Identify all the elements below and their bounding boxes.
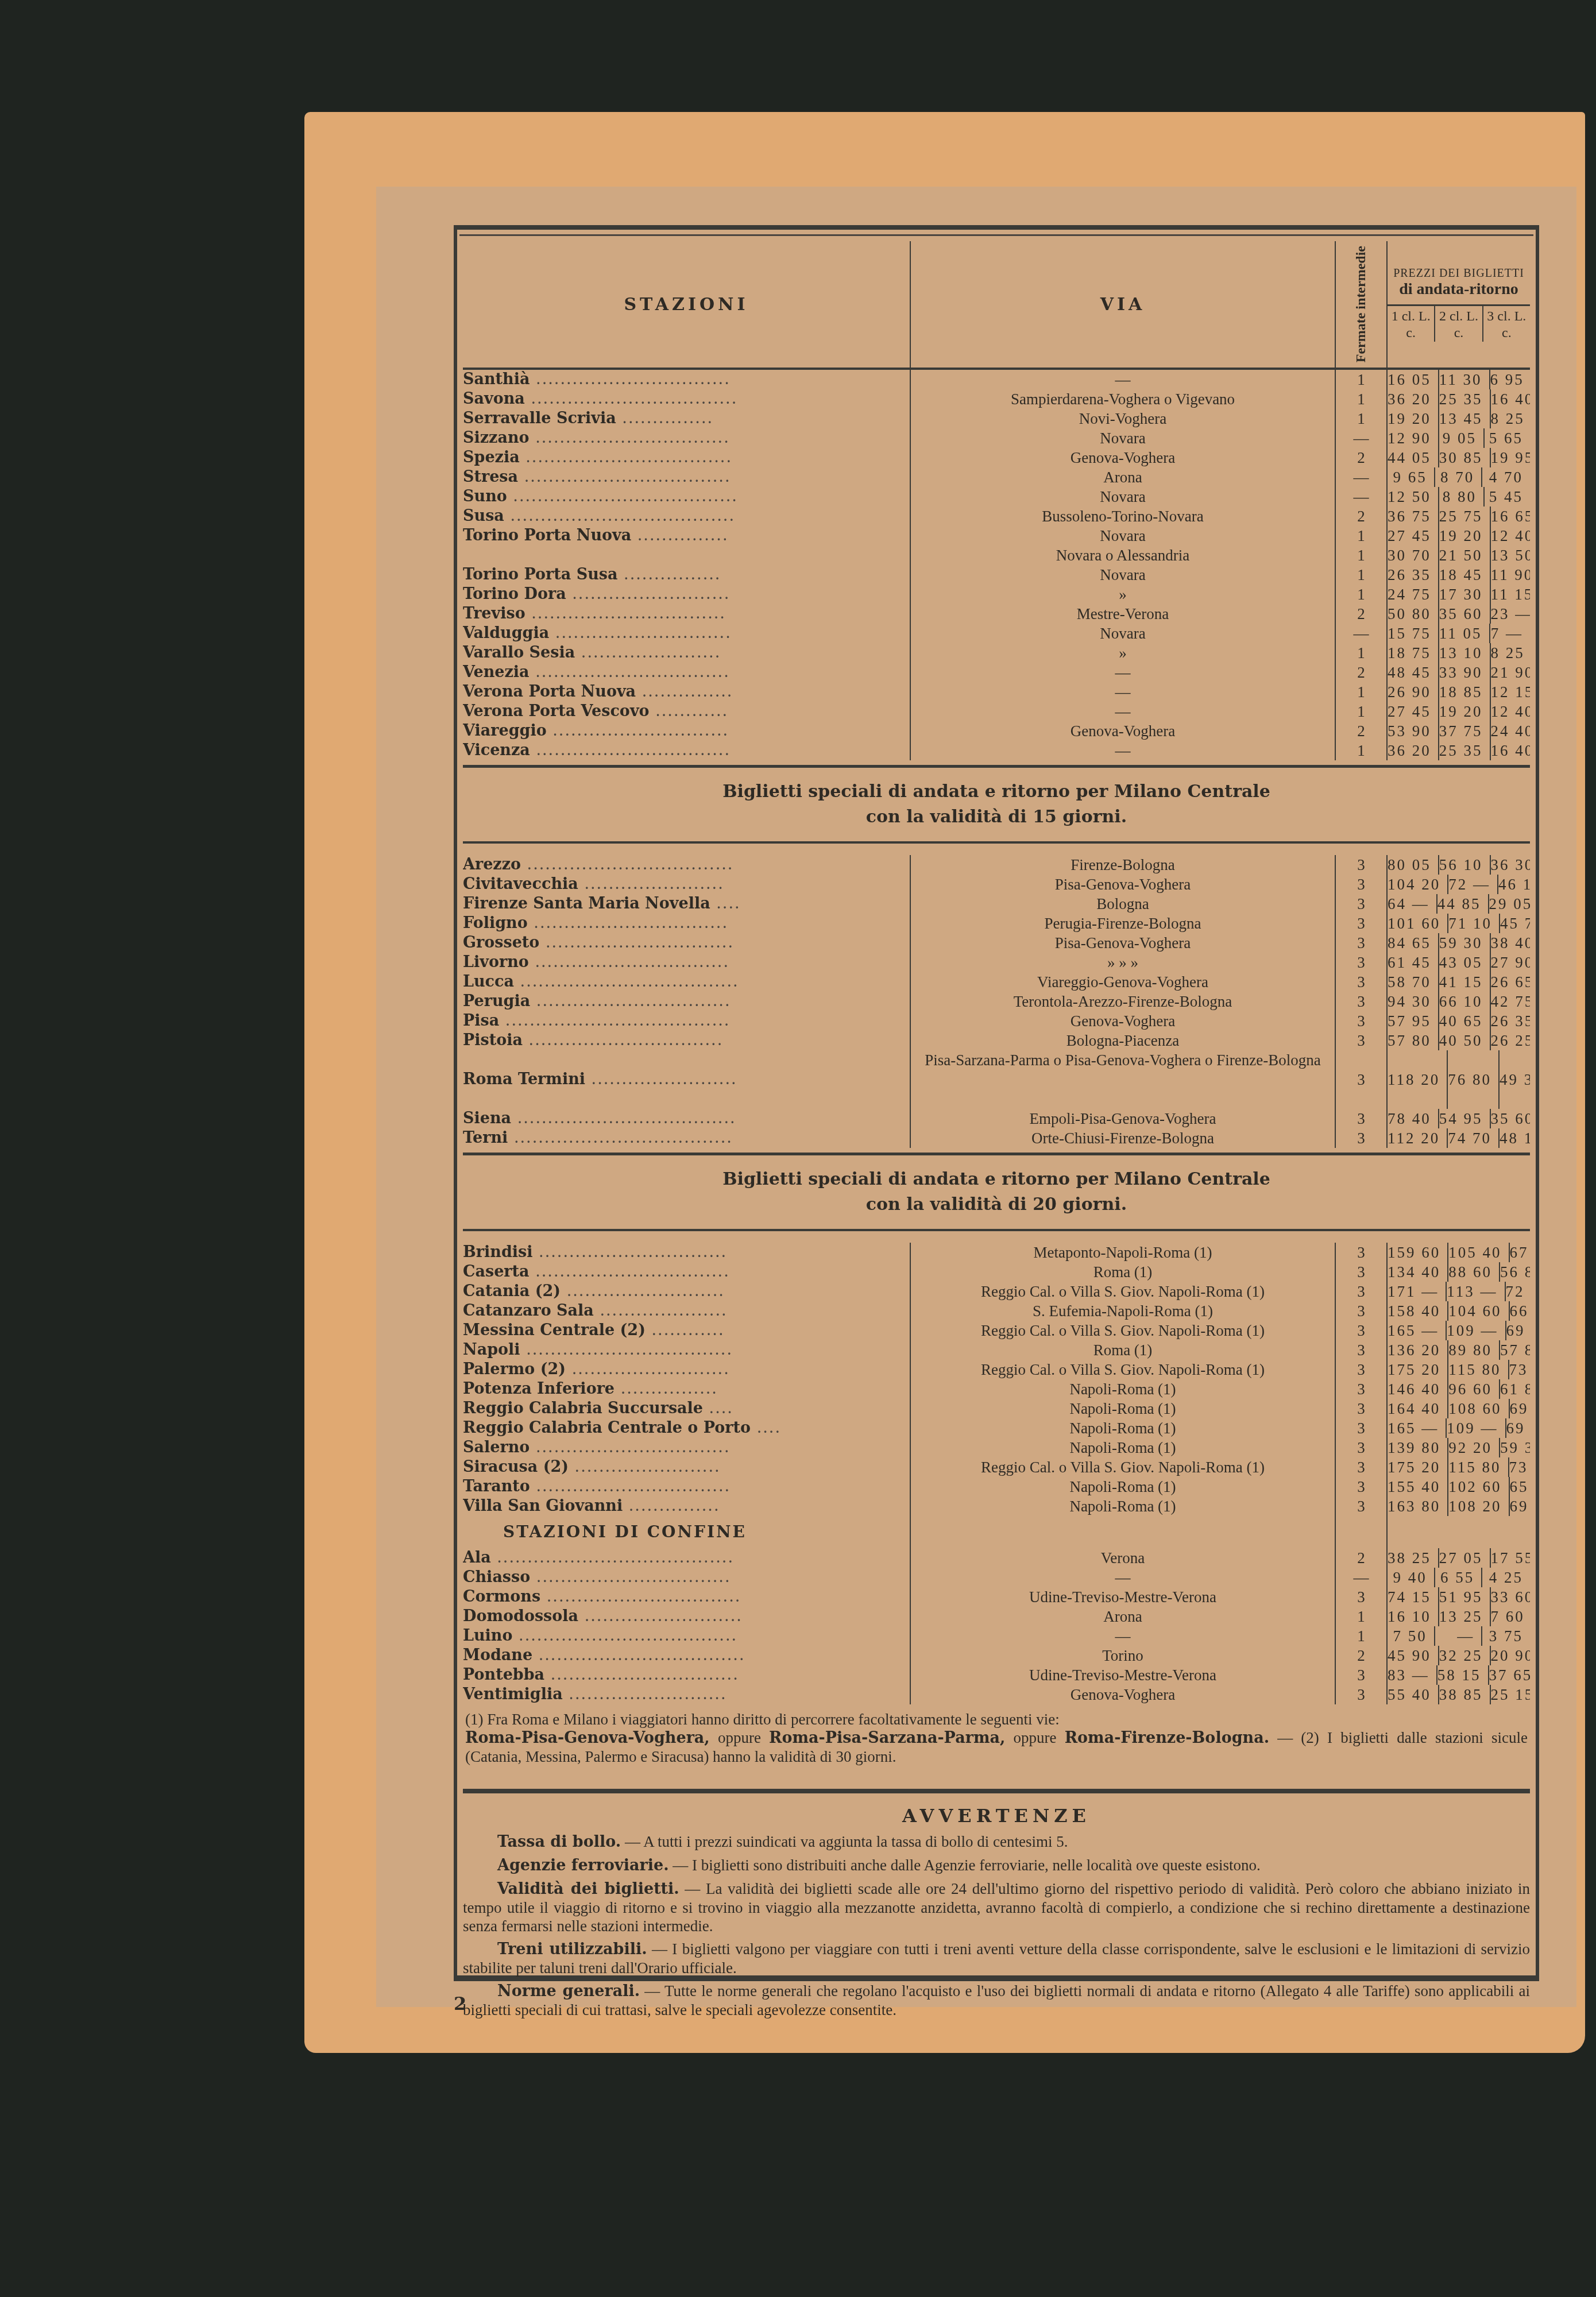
price-class-3: 48 10 — [1500, 1128, 1530, 1148]
price-class-1: 165 — — [1388, 1321, 1447, 1340]
price-class-2: 30 85 — [1439, 448, 1491, 467]
header-prezzi-top: PREZZI DEI BIGLIETTI — [1393, 267, 1524, 280]
station-name: Vicenza ................................ — [463, 741, 911, 760]
price-group: 64 —44 8529 05 — [1388, 894, 1530, 914]
station-name: Luino ..................................… — [463, 1626, 911, 1646]
avvertenza-item: Norme generali. — Tutte le norme general… — [463, 1982, 1530, 2019]
station-name: Torino Dora .......................... — [463, 585, 911, 604]
price-group: 24 7517 3011 15 — [1388, 585, 1530, 604]
price-group: 146 4096 6061 80 — [1388, 1379, 1530, 1399]
intermediate-stops: 3 — [1336, 1438, 1388, 1457]
price-class-3: 17 55 — [1491, 1548, 1531, 1568]
class-1-header: 1 cl. L. c. — [1388, 306, 1435, 342]
leader-dots: ............................... — [539, 934, 734, 952]
price-class-2: 92 20 — [1448, 1438, 1500, 1457]
via-route: Novara o Alessandria — [911, 546, 1336, 565]
price-group: 164 40108 6069 30 — [1388, 1399, 1530, 1418]
price-class-2: 43 05 — [1439, 953, 1491, 972]
intermediate-stops: 1 — [1336, 565, 1388, 585]
price-class-3: 72 30 — [1506, 1282, 1531, 1301]
price-class-1: 57 95 — [1388, 1011, 1439, 1031]
header-stazioni: STAZIONI — [463, 241, 911, 368]
intermediate-stops: 2 — [1336, 448, 1388, 467]
price-class-2: 54 95 — [1439, 1109, 1491, 1128]
price-class-2: 74 70 — [1448, 1128, 1500, 1148]
station-label: Torino Porta Nuova — [463, 527, 631, 544]
price-class-1: 58 70 — [1388, 972, 1439, 992]
via-route: Roma (1) — [911, 1262, 1336, 1282]
price-class-2: 72 — — [1448, 875, 1498, 894]
price-group: 9 406 554 25 — [1388, 1568, 1530, 1587]
intermediate-stops: 3 — [1336, 933, 1388, 953]
price-group: 9 658 704 70 — [1388, 467, 1530, 487]
price-class-1: 38 25 — [1388, 1548, 1439, 1568]
price-class-3: 61 80 — [1500, 1379, 1530, 1399]
via-route: Roma (1) — [911, 1340, 1336, 1360]
price-class-2: 6 55 — [1435, 1568, 1483, 1587]
price-group: 58 7041 1526 65 — [1388, 972, 1530, 992]
station-name: Siracusa (2) ........................ — [463, 1457, 911, 1477]
header-prezzi: PREZZI DEI BIGLIETTI di andata-ritorno 1… — [1388, 241, 1530, 368]
leader-dots: ................................ — [525, 605, 726, 622]
intermediate-stops: 1 — [1336, 409, 1388, 428]
via-route: Novara — [911, 624, 1336, 643]
price-class-3: 16 40 — [1491, 389, 1531, 409]
intermediate-stops: 2 — [1336, 1548, 1388, 1568]
intermediate-stops: 3 — [1336, 1399, 1388, 1418]
price-group: 36 2025 3516 40 — [1388, 389, 1530, 409]
price-group: 136 2089 8057 80 — [1388, 1340, 1530, 1360]
price-class-1: 112 20 — [1388, 1128, 1448, 1148]
price-class-2: 27 05 — [1439, 1548, 1491, 1568]
price-class-2: 108 20 — [1448, 1496, 1509, 1516]
station-name: Roma Termini ........................ — [463, 1050, 911, 1109]
price-group: 7 50—3 75 — [1388, 1626, 1530, 1646]
price-class-1: 101 60 — [1388, 914, 1448, 933]
intermediate-stops: 3 — [1336, 914, 1388, 933]
station-name: Suno ...................................… — [463, 487, 911, 506]
via-route: Udine-Treviso-Mestre-Verona — [911, 1665, 1336, 1685]
price-class-3: 6 95 — [1490, 370, 1531, 389]
price-class-1: 159 60 — [1388, 1243, 1448, 1262]
price-class-2: 25 35 — [1439, 389, 1491, 409]
station-label: Pisa — [463, 1012, 499, 1030]
via-route: Pisa-Genova-Voghera — [911, 933, 1336, 953]
price-class-3: 37 65 — [1489, 1665, 1531, 1685]
page-number: 2 — [454, 1993, 466, 2014]
intermediate-stops: 3 — [1336, 1360, 1388, 1379]
leader-dots: ............... — [636, 683, 733, 701]
price-class-3: 11 15 — [1491, 585, 1531, 604]
price-class-3: 56 80 — [1500, 1262, 1530, 1282]
station-name: Viareggio ............................. — [463, 721, 911, 741]
station-name — [463, 546, 911, 565]
leader-dots: ................................ — [528, 914, 728, 932]
price-class-2: 88 60 — [1448, 1262, 1500, 1282]
price-class-3: 25 15 — [1491, 1685, 1531, 1704]
leader-dots: ............... — [623, 1497, 720, 1515]
station-name: Savona .................................… — [463, 389, 911, 409]
price-class-2: 13 45 — [1439, 409, 1491, 428]
station-name: Foligno ................................ — [463, 914, 911, 933]
intermediate-stops: 2 — [1336, 604, 1388, 624]
section-15-title-line2: con la validità di 15 giorni. — [463, 805, 1530, 830]
price-group: 16 0511 306 95 — [1388, 370, 1530, 389]
price-class-1: 61 45 — [1388, 953, 1439, 972]
price-class-3: 49 30 — [1500, 1050, 1530, 1109]
price-class-3: 3 75 — [1482, 1626, 1530, 1646]
leader-dots: .......................... — [566, 585, 731, 603]
price-class-1: 146 40 — [1388, 1379, 1448, 1399]
leader-dots: .......................... — [578, 1607, 743, 1625]
price-group: 26 3518 4511 90 — [1388, 565, 1530, 585]
price-class-2: 105 40 — [1448, 1243, 1509, 1262]
station-label: Vicenza — [463, 741, 530, 759]
price-class-3: 42 75 — [1491, 992, 1531, 1011]
price-class-3: 24 40 — [1491, 721, 1531, 741]
station-name: Verona Porta Nuova ............... — [463, 682, 911, 702]
intermediate-stops: — — [1336, 1568, 1388, 1587]
leader-dots: ................ — [615, 1380, 718, 1398]
price-class-3: 69 30 — [1510, 1496, 1531, 1516]
station-name: Siena ..................................… — [463, 1109, 911, 1128]
station-name: Stresa .................................… — [463, 467, 911, 487]
intermediate-stops: 1 — [1336, 370, 1388, 389]
price-group: 158 40104 6066 80 — [1388, 1301, 1530, 1321]
leader-dots: ................................ — [530, 741, 731, 759]
station-name: Ala ....................................… — [463, 1548, 911, 1568]
intermediate-stops: — — [1336, 467, 1388, 487]
price-class-2: 32 25 — [1439, 1646, 1491, 1665]
price-class-2: 9 05 — [1439, 428, 1485, 448]
intermediate-stops: 3 — [1336, 1050, 1388, 1109]
price-group: 175 20115 8073 80 — [1388, 1457, 1530, 1477]
price-class-2: 21 50 — [1439, 546, 1491, 565]
price-class-2: 56 10 — [1439, 855, 1491, 875]
leader-dots: ....................... — [575, 644, 721, 662]
price-class-1: 136 20 — [1388, 1340, 1448, 1360]
header-via-label: VIA — [1100, 295, 1146, 315]
price-group: 80 0556 1036 30 — [1388, 855, 1530, 875]
price-class-1: 44 05 — [1388, 448, 1439, 467]
divider — [463, 1789, 1530, 1793]
station-label: Susa — [463, 507, 504, 525]
price-class-2: 17 30 — [1439, 585, 1491, 604]
intermediate-stops: 1 — [1336, 741, 1388, 760]
price-class-3: 57 80 — [1500, 1340, 1530, 1360]
station-name: Cormons ................................ — [463, 1587, 911, 1607]
price-class-1: 26 90 — [1388, 682, 1439, 702]
leader-dots: .................................. — [520, 1341, 733, 1359]
station-name: Firenze Santa Maria Novella .... — [463, 894, 911, 914]
intermediate-stops: 3 — [1336, 1282, 1388, 1301]
leader-dots: ................................ — [529, 953, 729, 971]
via-route: — — [911, 663, 1336, 682]
price-class-1: 36 75 — [1388, 506, 1439, 526]
leader-dots: ............... — [616, 409, 713, 427]
price-class-3: 59 30 — [1500, 1438, 1530, 1457]
leader-dots: .................................... — [514, 973, 739, 991]
price-class-3: 27 90 — [1491, 953, 1531, 972]
price-group: 84 6559 3038 40 — [1388, 933, 1530, 953]
station-label: Domodossola — [463, 1607, 578, 1625]
price-class-1: 84 65 — [1388, 933, 1439, 953]
avvertenza-item: Agenzie ferroviarie. — I biglietti sono … — [463, 1856, 1530, 1875]
price-group: 94 3066 1042 75 — [1388, 992, 1530, 1011]
price-class-2: 113 — — [1447, 1282, 1505, 1301]
station-label: Cormons — [463, 1588, 540, 1606]
leader-dots: ................................ — [530, 370, 730, 388]
price-class-1: 139 80 — [1388, 1438, 1448, 1457]
station-label: Stresa — [463, 468, 518, 486]
price-group: 101 6071 1045 70 — [1388, 914, 1530, 933]
price-class-1: 171 — — [1388, 1282, 1447, 1301]
price-group: 118 2076 8049 30 — [1388, 1050, 1530, 1109]
station-label: Treviso — [463, 605, 525, 622]
intermediate-stops: 1 — [1336, 389, 1388, 409]
price-class-3: 5 65 — [1485, 428, 1530, 448]
leader-dots: .................................. — [518, 468, 731, 486]
avvertenza-head: Treni utilizzabili. — [497, 1940, 647, 1958]
section-20-days-title: Biglietti speciali di andata e ritorno p… — [463, 1153, 1530, 1231]
station-label: Serravalle Scrivia — [463, 409, 616, 427]
station-name: Verona Porta Vescovo ............ — [463, 702, 911, 721]
price-class-3: 21 90 — [1491, 663, 1531, 682]
leader-dots: ..................................... — [499, 1012, 730, 1030]
station-name: Pisa ...................................… — [463, 1011, 911, 1031]
price-class-2: 19 20 — [1439, 526, 1491, 546]
price-class-3: 12 40 — [1491, 526, 1531, 546]
price-group: 27 4519 2012 40 — [1388, 526, 1530, 546]
price-group: 36 2025 3516 40 — [1388, 741, 1530, 760]
via-route: Genova-Voghera — [911, 721, 1336, 741]
intermediate-stops: 3 — [1336, 1496, 1388, 1516]
price-class-3: 67 30 — [1510, 1243, 1531, 1262]
station-label: Salerno — [463, 1438, 530, 1456]
via-route: » — [911, 585, 1336, 604]
price-class-2: 115 80 — [1448, 1360, 1509, 1379]
station-label: Venezia — [463, 663, 530, 681]
station-name: Caserta ................................ — [463, 1262, 911, 1282]
footnote-route-c: Roma-Firenze-Bologna. — [1065, 1729, 1269, 1747]
footnote-route-b: Roma-Pisa-Sarzana-Parma, — [769, 1729, 1005, 1747]
price-class-1: 30 70 — [1388, 546, 1439, 565]
price-class-3: 26 25 — [1491, 1031, 1531, 1050]
price-class-1: 134 40 — [1388, 1262, 1448, 1282]
price-group: 18 7513 108 25 — [1388, 643, 1530, 663]
station-label: Taranto — [463, 1478, 530, 1495]
leader-dots: .................................. — [521, 856, 733, 873]
table-header: STAZIONI VIA Fermate intermedie PREZZI D… — [463, 241, 1530, 370]
price-class-1: 53 90 — [1388, 721, 1439, 741]
leader-dots: .... — [710, 895, 741, 912]
price-class-1: 12 50 — [1388, 487, 1439, 506]
price-class-1: 175 20 — [1388, 1360, 1448, 1379]
price-class-2: 18 85 — [1439, 682, 1491, 702]
station-name: Valduggia ............................. — [463, 624, 911, 643]
station-label: Siracusa (2) — [463, 1458, 569, 1476]
section-15-days-title: Biglietti speciali di andata e ritorno p… — [463, 765, 1530, 844]
station-label: Torino Porta Susa — [463, 566, 618, 583]
intermediate-stops: 3 — [1336, 1011, 1388, 1031]
price-class-3: 4 25 — [1482, 1568, 1530, 1587]
price-class-3: 20 90 — [1491, 1646, 1531, 1665]
station-name: Terni ..................................… — [463, 1128, 911, 1148]
leader-dots: .................................. — [520, 448, 732, 466]
price-class-3: 38 40 — [1491, 933, 1531, 953]
price-group: 175 20115 8073 80 — [1388, 1360, 1530, 1379]
header-stazioni-label: STAZIONI — [624, 295, 748, 315]
leader-dots: ............................. — [549, 624, 731, 642]
leader-dots: ................................ — [530, 1568, 731, 1586]
price-class-2: 109 — — [1447, 1321, 1506, 1340]
header-fermate-label: Fermate intermedie — [1354, 246, 1369, 362]
price-class-3: 16 65 — [1491, 506, 1531, 526]
price-class-2: 44 85 — [1437, 894, 1489, 914]
price-group: 57 9540 6526 35 — [1388, 1011, 1530, 1031]
via-route: Bologna — [911, 894, 1336, 914]
price-class-3: 7 60 — [1491, 1607, 1531, 1626]
price-group: 159 60105 4067 30 — [1388, 1243, 1530, 1262]
price-class-1: 104 20 — [1388, 875, 1448, 894]
avvertenze: AVVERTENZE Tassa di bollo. — A tutti i p… — [463, 1805, 1530, 2019]
price-group: 53 9037 7524 40 — [1388, 721, 1530, 741]
station-name: Pistoia ................................ — [463, 1031, 911, 1050]
leader-dots: .................................. — [532, 1646, 745, 1664]
leader-dots: .......................... — [563, 1685, 727, 1703]
price-class-1: 19 20 — [1388, 409, 1439, 428]
station-label: Modane — [463, 1646, 532, 1664]
price-class-1: 36 20 — [1388, 389, 1439, 409]
station-name: Grosseto ............................... — [463, 933, 911, 953]
price-class-3: 7 — — [1490, 624, 1531, 643]
price-class-2: 18 45 — [1439, 565, 1491, 585]
station-name: Pontebba ............................... — [463, 1665, 911, 1685]
price-group: 104 2072 —46 10 — [1388, 875, 1530, 894]
leader-dots: .......................... — [566, 1360, 730, 1378]
price-group: 112 2074 7048 10 — [1388, 1128, 1530, 1148]
confine-title: STAZIONI DI CONFINE — [463, 1516, 911, 1548]
price-group: 83 —58 1537 65 — [1388, 1665, 1530, 1685]
via-route: Verona — [911, 1548, 1336, 1568]
via-route: Novi-Voghera — [911, 409, 1336, 428]
via-route: Reggio Cal. o Villa S. Giov. Napoli-Roma… — [911, 1321, 1336, 1340]
price-class-1: 55 40 — [1388, 1685, 1439, 1704]
station-label: Chiasso — [463, 1568, 530, 1586]
leader-dots: ..................... — [594, 1302, 728, 1320]
price-class-3: 23 — — [1491, 604, 1531, 624]
leader-dots: .................................... — [513, 1627, 738, 1645]
station-label: Palermo (2) — [463, 1360, 566, 1378]
fare-table-confine: Ala ....................................… — [463, 1548, 1530, 1704]
station-label: Catania (2) — [463, 1282, 561, 1300]
price-group: 74 1551 9533 60 — [1388, 1587, 1530, 1607]
via-route: Novara — [911, 428, 1336, 448]
fare-table-20-days: Brindisi ...............................… — [463, 1243, 1530, 1516]
station-label: Lucca — [463, 973, 514, 991]
leader-dots: .................................... — [508, 1129, 733, 1147]
avvertenza-text: — I biglietti sono distribuiti anche dal… — [669, 1857, 1261, 1874]
via-route: — — [911, 1568, 1336, 1587]
station-name: Taranto ................................ — [463, 1477, 911, 1496]
leader-dots: .... — [703, 1399, 733, 1417]
price-group: 50 8035 6023 — — [1388, 604, 1530, 624]
station-label: Luino — [463, 1627, 513, 1645]
station-label: Potenza Inferiore — [463, 1380, 615, 1398]
price-class-3: 12 40 — [1491, 702, 1531, 721]
leader-dots: ................................ — [530, 1438, 730, 1456]
price-class-2: 109 — — [1447, 1418, 1506, 1438]
via-route: Napoli-Roma (1) — [911, 1418, 1336, 1438]
via-route: S. Eufemia-Napoli-Roma (1) — [911, 1301, 1336, 1321]
price-class-1: 27 45 — [1388, 702, 1439, 721]
section-20-title-line2: con la validità di 20 giorni. — [463, 1192, 1530, 1217]
price-class-3: 73 80 — [1509, 1360, 1531, 1379]
station-label: Perugia — [463, 992, 530, 1010]
station-label: Messina Centrale (2) — [463, 1321, 646, 1339]
price-group: 139 8092 2059 30 — [1388, 1438, 1530, 1457]
price-class-1: 64 — — [1388, 894, 1437, 914]
price-class-1: 12 90 — [1388, 428, 1439, 448]
intermediate-stops: 3 — [1336, 1340, 1388, 1360]
station-name: Domodossola .......................... — [463, 1607, 911, 1626]
price-class-2: 25 75 — [1439, 506, 1491, 526]
station-name: Santhià ................................ — [463, 370, 911, 389]
station-name: Brindisi ............................... — [463, 1243, 911, 1262]
via-route: Napoli-Roma (1) — [911, 1399, 1336, 1418]
via-route: Napoli-Roma (1) — [911, 1496, 1336, 1516]
price-group: 57 8040 5026 25 — [1388, 1031, 1530, 1050]
leader-dots: ................................ — [530, 429, 730, 447]
avvertenza-head: Validità dei biglietti. — [497, 1880, 679, 1898]
via-route: Napoli-Roma (1) — [911, 1477, 1336, 1496]
leader-dots: ............ — [646, 1321, 725, 1339]
leader-dots: ........................ — [585, 1070, 737, 1088]
station-label: Caserta — [463, 1263, 530, 1281]
price-group: 155 40102 6065 80 — [1388, 1477, 1530, 1496]
via-route: Novara — [911, 565, 1336, 585]
avvertenza-head: Agenzie ferroviarie. — [497, 1857, 669, 1874]
price-class-1: 26 35 — [1388, 565, 1439, 585]
station-name: Treviso ................................ — [463, 604, 911, 624]
station-name: Varallo Sesia ....................... — [463, 643, 911, 663]
intermediate-stops: 3 — [1336, 1587, 1388, 1607]
station-label: Pistoia — [463, 1031, 523, 1049]
price-class-1: 94 30 — [1388, 992, 1439, 1011]
station-name: Reggio Calabria Succursale .... — [463, 1399, 911, 1418]
price-class-2: 11 05 — [1439, 624, 1490, 643]
via-route: Perugia-Firenze-Bologna — [911, 914, 1336, 933]
price-group: 16 1013 257 60 — [1388, 1607, 1530, 1626]
price-class-3: 36 30 — [1491, 855, 1531, 875]
station-label: Grosseto — [463, 934, 539, 952]
leader-dots: ........................ — [569, 1458, 721, 1476]
via-route: Pisa-Genova-Voghera — [911, 875, 1336, 894]
price-class-3: 29 05 — [1489, 894, 1531, 914]
price-class-1: 155 40 — [1388, 1477, 1448, 1496]
price-class-3: 65 80 — [1510, 1477, 1531, 1496]
price-class-2: 58 15 — [1437, 1665, 1489, 1685]
avvertenza-head: Tassa di bollo. — [497, 1833, 621, 1851]
avvertenza-head: Norme generali. — [497, 1982, 640, 2000]
intermediate-stops: 3 — [1336, 1477, 1388, 1496]
price-class-2: 59 30 — [1439, 933, 1491, 953]
via-route: Udine-Treviso-Mestre-Verona — [911, 1587, 1336, 1607]
price-class-1: 158 40 — [1388, 1301, 1448, 1321]
station-label: Villa San Giovanni — [463, 1497, 623, 1515]
leader-dots: ............................. — [547, 722, 729, 740]
via-route: — — [911, 370, 1336, 389]
